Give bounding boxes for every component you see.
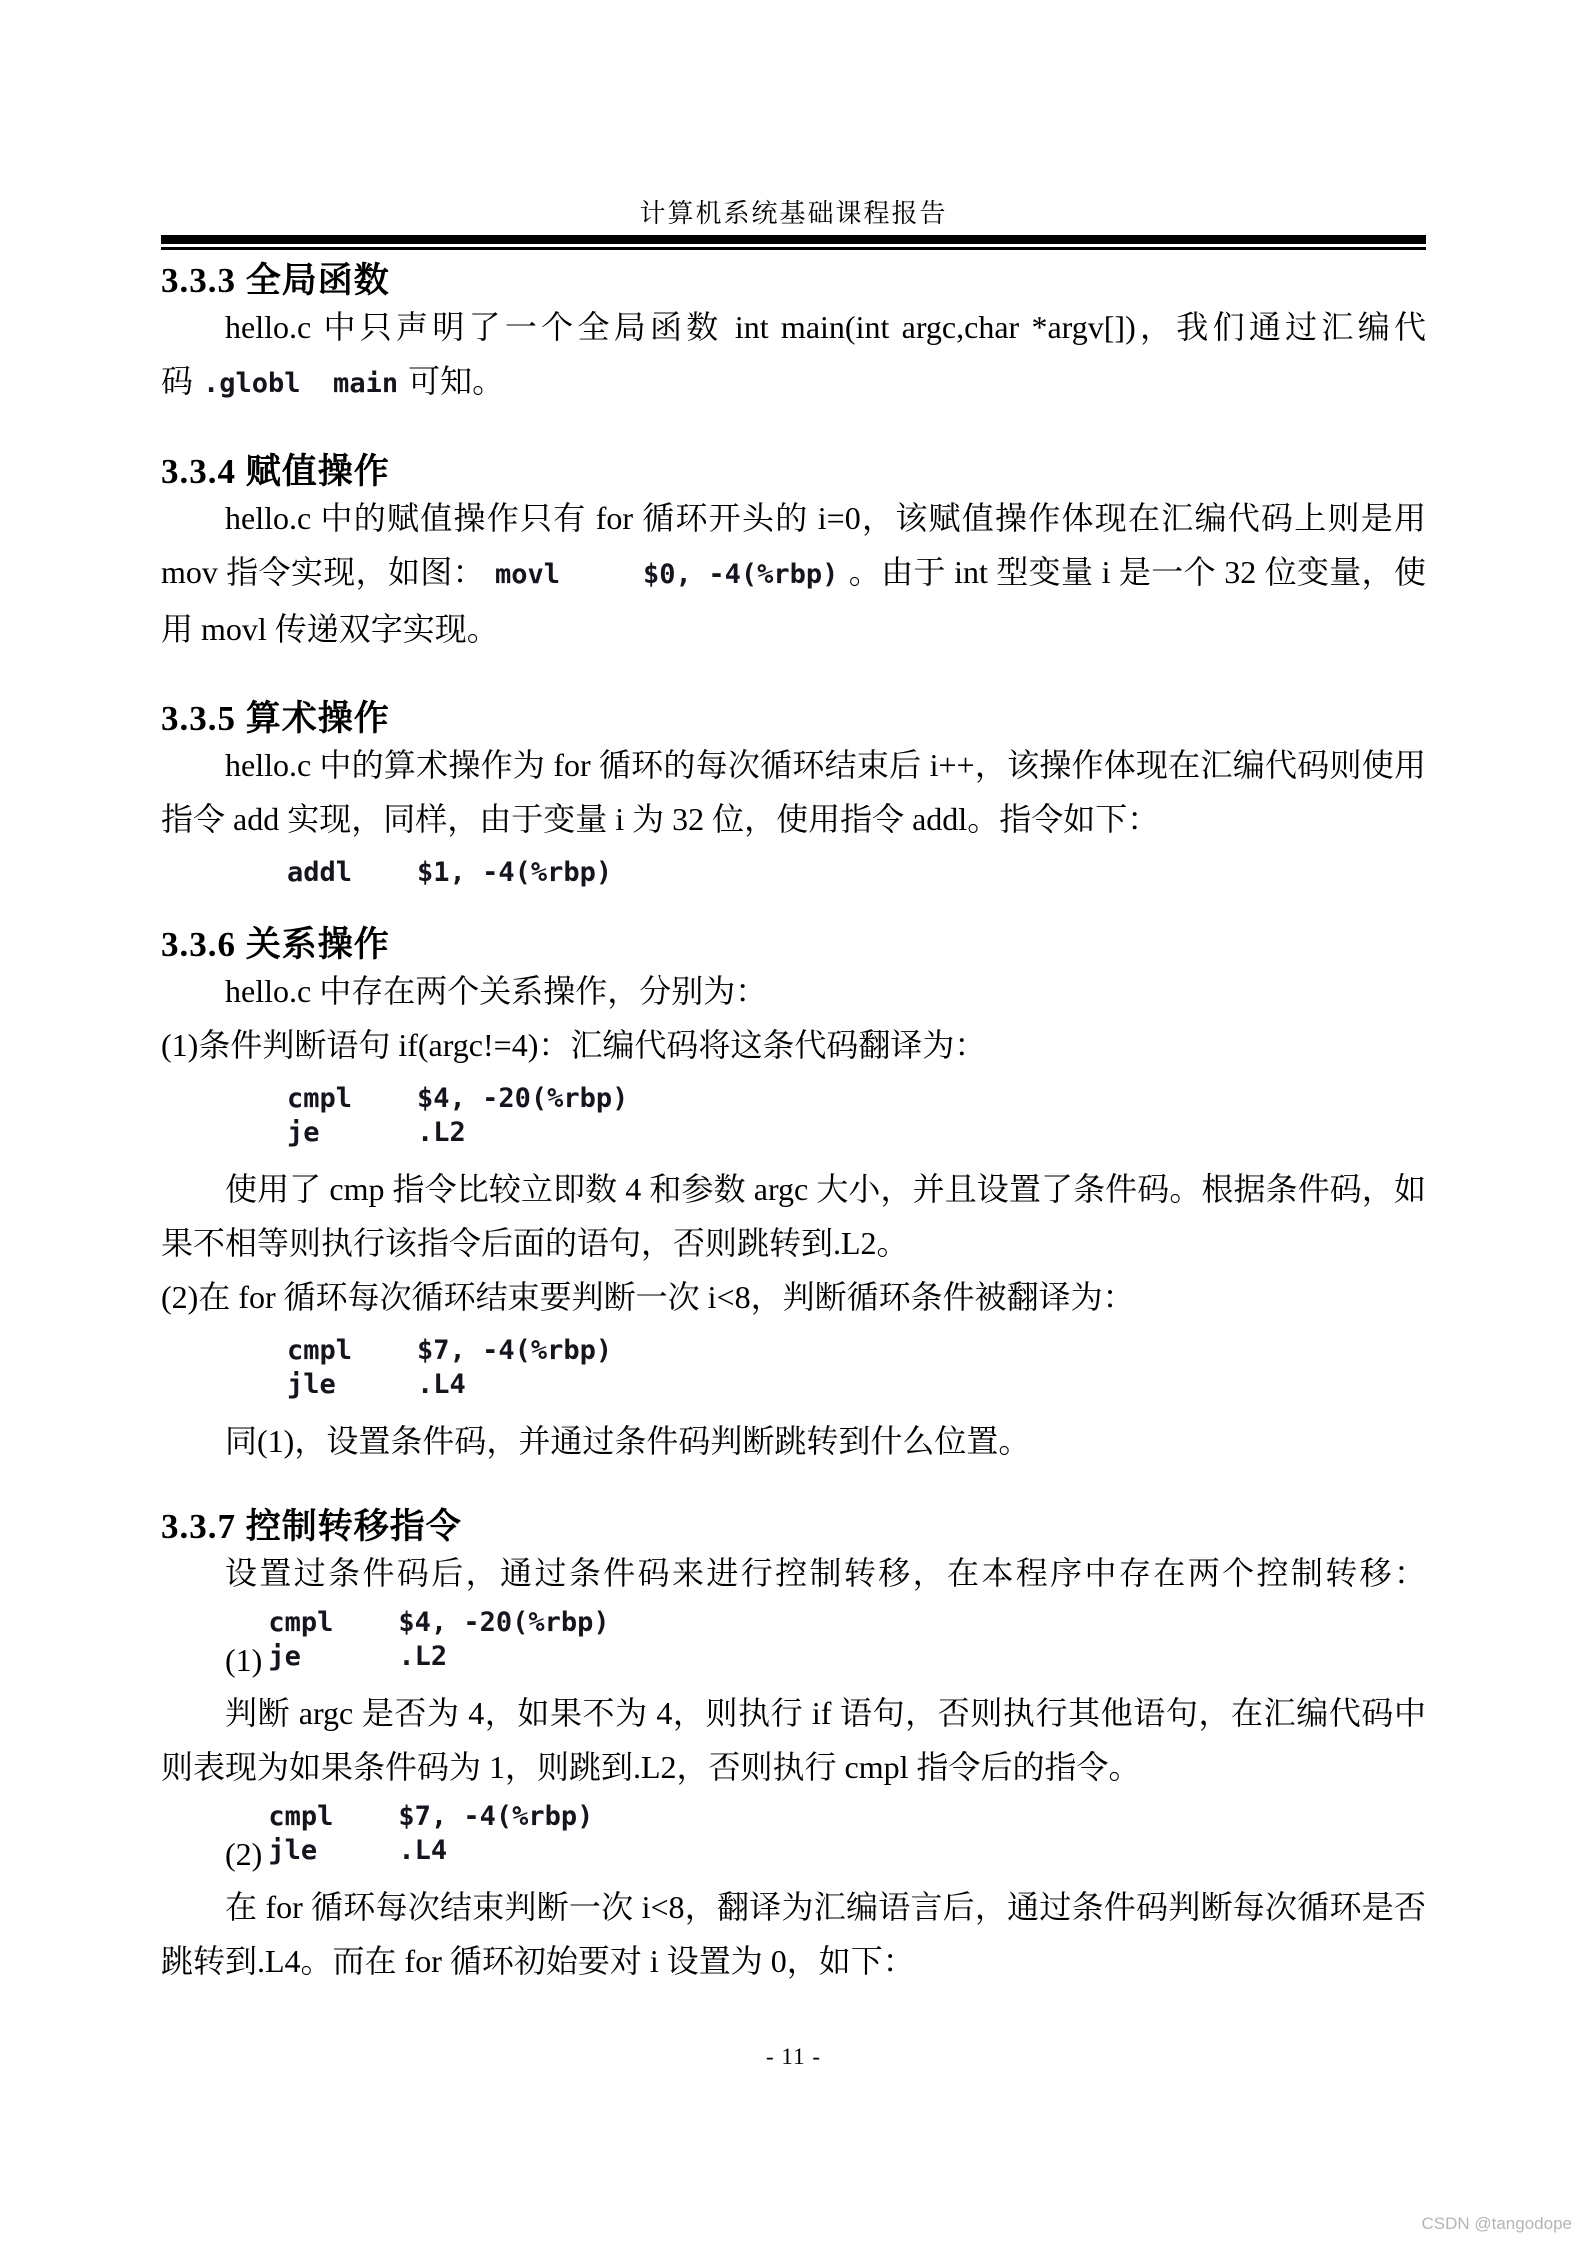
list-item-1-label: (1)条件判断语句 if(argc!=4)：汇编代码将这条代码翻译为： [161, 1018, 1426, 1072]
header-divider [161, 235, 1426, 250]
paragraph-3-3-4: hello.c 中的赋值操作只有 for 循环开头的 i=0，该赋值操作体现在汇… [161, 491, 1426, 656]
list-number-1: (1) [225, 1641, 262, 1679]
paragraph-3-3-5: hello.c 中的算术操作为 for 循环的每次循环结束后 i++，该操作体现… [161, 738, 1426, 846]
page-content: 计算机系统基础课程报告 3.3.3 全局函数 hello.c 中只声明了一个全局… [161, 200, 1426, 1988]
paragraph-3-3-7-explain-1: 判断 argc 是否为 4，如果不为 4，则执行 if 语句，否则执行其他语句，… [161, 1686, 1426, 1794]
heading-3-3-4: 3.3.4 赋值操作 [161, 453, 1426, 491]
csdn-watermark: CSDN @tangodope [1421, 2214, 1572, 2234]
page-header-title: 计算机系统基础课程报告 [161, 200, 1426, 228]
code-block-cmpl-jle-2: cmpl $7, -4(%rbp) jle .L4 [268, 1800, 593, 1868]
inline-code-globl-main: .globl main [203, 368, 398, 399]
numbered-code-block-1: (1) cmpl $4, -20(%rbp) je .L2 [225, 1606, 1426, 1674]
numbered-code-block-2: (2) cmpl $7, -4(%rbp) jle .L4 [225, 1800, 1426, 1868]
list-item-2-label: (2)在 for 循环每次循环结束要判断一次 i<8，判断循环条件被翻译为： [161, 1270, 1426, 1324]
paragraph-3-3-6-explain-2: 同(1)，设置条件码，并通过条件码判断跳转到什么位置。 [161, 1414, 1426, 1468]
paragraph-3-3-3: hello.c 中只声明了一个全局函数 int main(int argc,ch… [161, 300, 1426, 411]
para-text-after: 可知。 [408, 363, 504, 399]
heading-3-3-6: 3.3.6 关系操作 [161, 926, 1426, 964]
code-block-cmpl-je: cmpl $4, -20(%rbp) je .L2 [287, 1082, 1426, 1150]
list-number-2: (2) [225, 1835, 262, 1873]
inline-code-movl: movl $0, -4(%rbp) [495, 559, 838, 590]
paragraph-3-3-6-intro: hello.c 中存在两个关系操作，分别为： [161, 964, 1426, 1018]
paragraph-3-3-7-explain-2: 在 for 循环每次结束判断一次 i<8，翻译为汇编语言后，通过条件码判断每次循… [161, 1880, 1426, 1988]
page-number: - 11 - [0, 2044, 1587, 2070]
paragraph-3-3-6-explain-1: 使用了 cmp 指令比较立即数 4 和参数 argc 大小，并且设置了条件码。根… [161, 1162, 1426, 1270]
document-page: 计算机系统基础课程报告 3.3.3 全局函数 hello.c 中只声明了一个全局… [0, 0, 1587, 2245]
heading-3-3-5: 3.3.5 算术操作 [161, 700, 1426, 738]
code-block-cmpl-je-2: cmpl $4, -20(%rbp) je .L2 [268, 1606, 609, 1674]
heading-3-3-3: 3.3.3 全局函数 [161, 262, 1426, 300]
code-block-cmpl-jle: cmpl $7, -4(%rbp) jle .L4 [287, 1334, 1426, 1402]
code-block-addl: addl $1, -4(%rbp) [287, 856, 1426, 890]
heading-3-3-7: 3.3.7 控制转移指令 [161, 1508, 1426, 1546]
paragraph-3-3-7-intro: 设置过条件码后，通过条件码来进行控制转移，在本程序中存在两个控制转移： [161, 1546, 1426, 1600]
